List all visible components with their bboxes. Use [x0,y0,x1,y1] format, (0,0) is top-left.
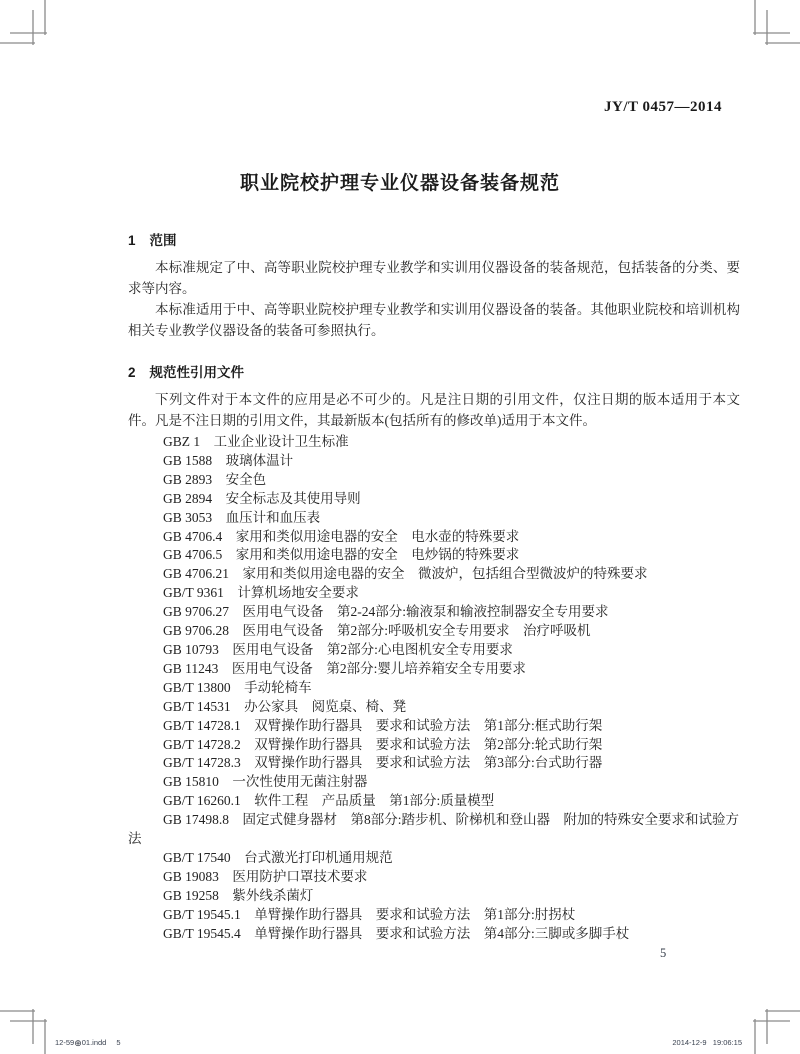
scope-paragraph-2: 本标准适用于中、高等职业院校护理专业教学和实训用仪器设备的装备。其他职业院校和培… [128,299,740,341]
reference-item: GB 4706.4 家用和类似用途电器的安全 电水壶的特殊要求 [128,528,742,547]
page-number: 5 [660,946,666,961]
reference-item: GB 4706.5 家用和类似用途电器的安全 电炒锅的特殊要求 [128,546,742,565]
section-2-number: 2 [128,365,136,380]
section-2-heading: 2规范性引用文件 [128,361,740,381]
reference-item: GB 15810 一次性使用无菌注射器 [128,773,742,792]
reference-item: GB/T 14728.2 双臂操作助行器具 要求和试验方法 第2部分:轮式助行架 [128,736,742,755]
reference-item: GB 11243 医用电气设备 第2部分:婴儿培养箱安全专用要求 [128,660,742,679]
reference-item: GB/T 14531 办公家具 阅览桌、椅、凳 [128,698,742,717]
reference-item: GB 9706.28 医用电气设备 第2部分:呼吸机安全专用要求 治疗呼吸机 [128,622,742,641]
reference-item: GB 3053 血压计和血压表 [128,509,742,528]
scope-paragraph-1: 本标准规定了中、高等职业院校护理专业教学和实训用仪器设备的装备规范，包括装备的分… [128,257,740,299]
registration-mark-icon: ⊕ [74,1040,82,1047]
footer-sheet-number: 5 [116,1038,120,1047]
section-1-label: 范围 [150,233,177,248]
footer-filename-suffix: 01.indd [82,1038,107,1047]
section-1-number: 1 [128,233,136,248]
reference-item: GB 2894 安全标志及其使用导则 [128,490,742,509]
reference-item: GB/T 9361 计算机场地安全要求 [128,584,742,603]
footer-filename: 12-59⊕01.indd5 [55,1038,121,1047]
references-intro-paragraph: 下列文件对于本文件的应用是必不可少的。凡是注日期的引用文件，仅注日期的版本适用于… [128,389,740,431]
reference-item: GB 19083 医用防护口罩技术要求 [128,868,742,887]
reference-item: GB/T 14728.1 双臂操作助行器具 要求和试验方法 第1部分:框式助行架 [128,717,742,736]
page-title: 职业院校护理专业仪器设备装备规范 [0,168,800,195]
section-2-intro: 下列文件对于本文件的应用是必不可少的。凡是注日期的引用文件，仅注日期的版本适用于… [128,389,740,431]
reference-item: GB 10793 医用电气设备 第2部分:心电图机安全专用要求 [128,641,742,660]
document-page: JY/T 0457—2014 职业院校护理专业仪器设备装备规范 1范围 本标准规… [0,0,800,1054]
standard-code-header: JY/T 0457—2014 [604,99,722,116]
normative-references-list: GBZ 1 工业企业设计卫生标准 GB 1588 玻璃体温计 GB 2893 安… [128,433,742,943]
reference-item: GB 2893 安全色 [128,471,742,490]
section-1-body: 本标准规定了中、高等职业院校护理专业教学和实训用仪器设备的装备规范，包括装备的分… [128,257,740,341]
reference-item: GB 1588 玻璃体温计 [128,452,742,471]
footer-datetime: 2014-12-9 19:06:15 [672,1038,742,1047]
reference-item: GB/T 19545.1 单臂操作助行器具 要求和试验方法 第1部分:肘拐杖 [128,906,742,925]
reference-item: GB 19258 紫外线杀菌灯 [128,887,742,906]
reference-item: GB/T 14728.3 双臂操作助行器具 要求和试验方法 第3部分:台式助行器 [128,754,742,773]
reference-item: GBZ 1 工业企业设计卫生标准 [128,433,742,452]
reference-item: GB/T 16260.1 软件工程 产品质量 第1部分:质量模型 [128,792,742,811]
reference-item: GB/T 17540 台式激光打印机通用规范 [128,849,742,868]
reference-item: GB 4706.21 家用和类似用途电器的安全 微波炉，包括组合型微波炉的特殊要… [128,565,742,584]
footer-filename-prefix: 12-59 [55,1038,74,1047]
reference-item: GB/T 13800 手动轮椅车 [128,679,742,698]
reference-item: GB/T 19545.4 单臂操作助行器具 要求和试验方法 第4部分:三脚或多脚… [128,925,742,944]
section-1-heading: 1范围 [128,229,740,249]
section-2-label: 规范性引用文件 [150,365,245,380]
reference-item: GB 17498.8 固定式健身器材 第8部分:踏步机、阶梯机和登山器 附加的特… [128,811,742,849]
reference-item: GB 9706.27 医用电气设备 第2-24部分:输液泵和输液控制器安全专用要… [128,603,742,622]
